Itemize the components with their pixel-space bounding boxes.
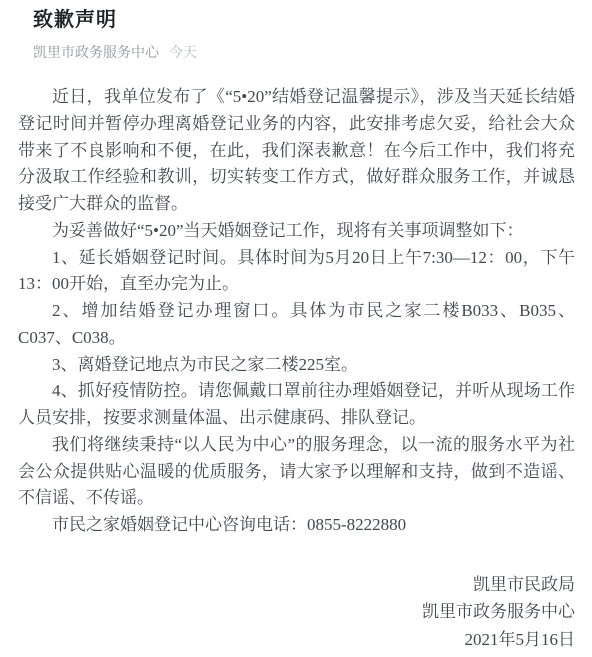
publisher-source-link[interactable]: 凯里市政务服务中心	[33, 42, 159, 62]
article-paragraph-item-3: 3、离婚登记地点为市民之家二楼225室。	[18, 352, 575, 379]
byline: 凯里市政务服务中心 今天	[33, 42, 559, 62]
article-paragraph-contact-phone: 市民之家婚姻登记中心咨询电话：0855-8222880	[18, 512, 575, 539]
article-paragraph: 我们将继续秉持“以人民为中心”的服务理念，以一流的服务水平为社会公众提供贴心温暖…	[18, 432, 575, 512]
publish-time: 今天	[169, 42, 197, 62]
signature-date: 2021年5月16日	[18, 626, 575, 654]
article-page: 致歉声明 凯里市政务服务中心 今天 近日，我单位发布了《“5•20”结婚登记温馨…	[0, 0, 592, 657]
article-header: 致歉声明 凯里市政务服务中心 今天	[0, 0, 592, 62]
article-body: 近日，我单位发布了《“5•20”结婚登记温馨提示》，涉及当天延长结婚登记时间并暂…	[18, 84, 575, 653]
article-paragraph: 近日，我单位发布了《“5•20”结婚登记温馨提示》，涉及当天延长结婚登记时间并暂…	[18, 84, 575, 218]
signature-block: 凯里市民政局 凯里市政务服务中心 2021年5月16日	[18, 571, 575, 654]
page-title: 致歉声明	[33, 8, 559, 32]
signature-org-1: 凯里市民政局	[18, 571, 575, 599]
article-paragraph: 为妥善做好“5•20”当天婚姻登记工作，现将有关事项调整如下：	[18, 218, 575, 245]
article-paragraph-item-2: 2、增加结婚登记办理窗口。具体为市民之家二楼B033、B035、C037、C03…	[18, 298, 575, 352]
article-paragraph-item-1: 1、延长婚姻登记时间。具体时间为5月20日上午7:30—12：00，下午13：0…	[18, 245, 575, 299]
article-paragraph-item-4: 4、抓好疫情防控。请您佩戴口罩前往办理婚姻登记，并听从现场工作人员安排，按要求测…	[18, 378, 575, 432]
signature-org-2: 凯里市政务服务中心	[18, 598, 575, 626]
